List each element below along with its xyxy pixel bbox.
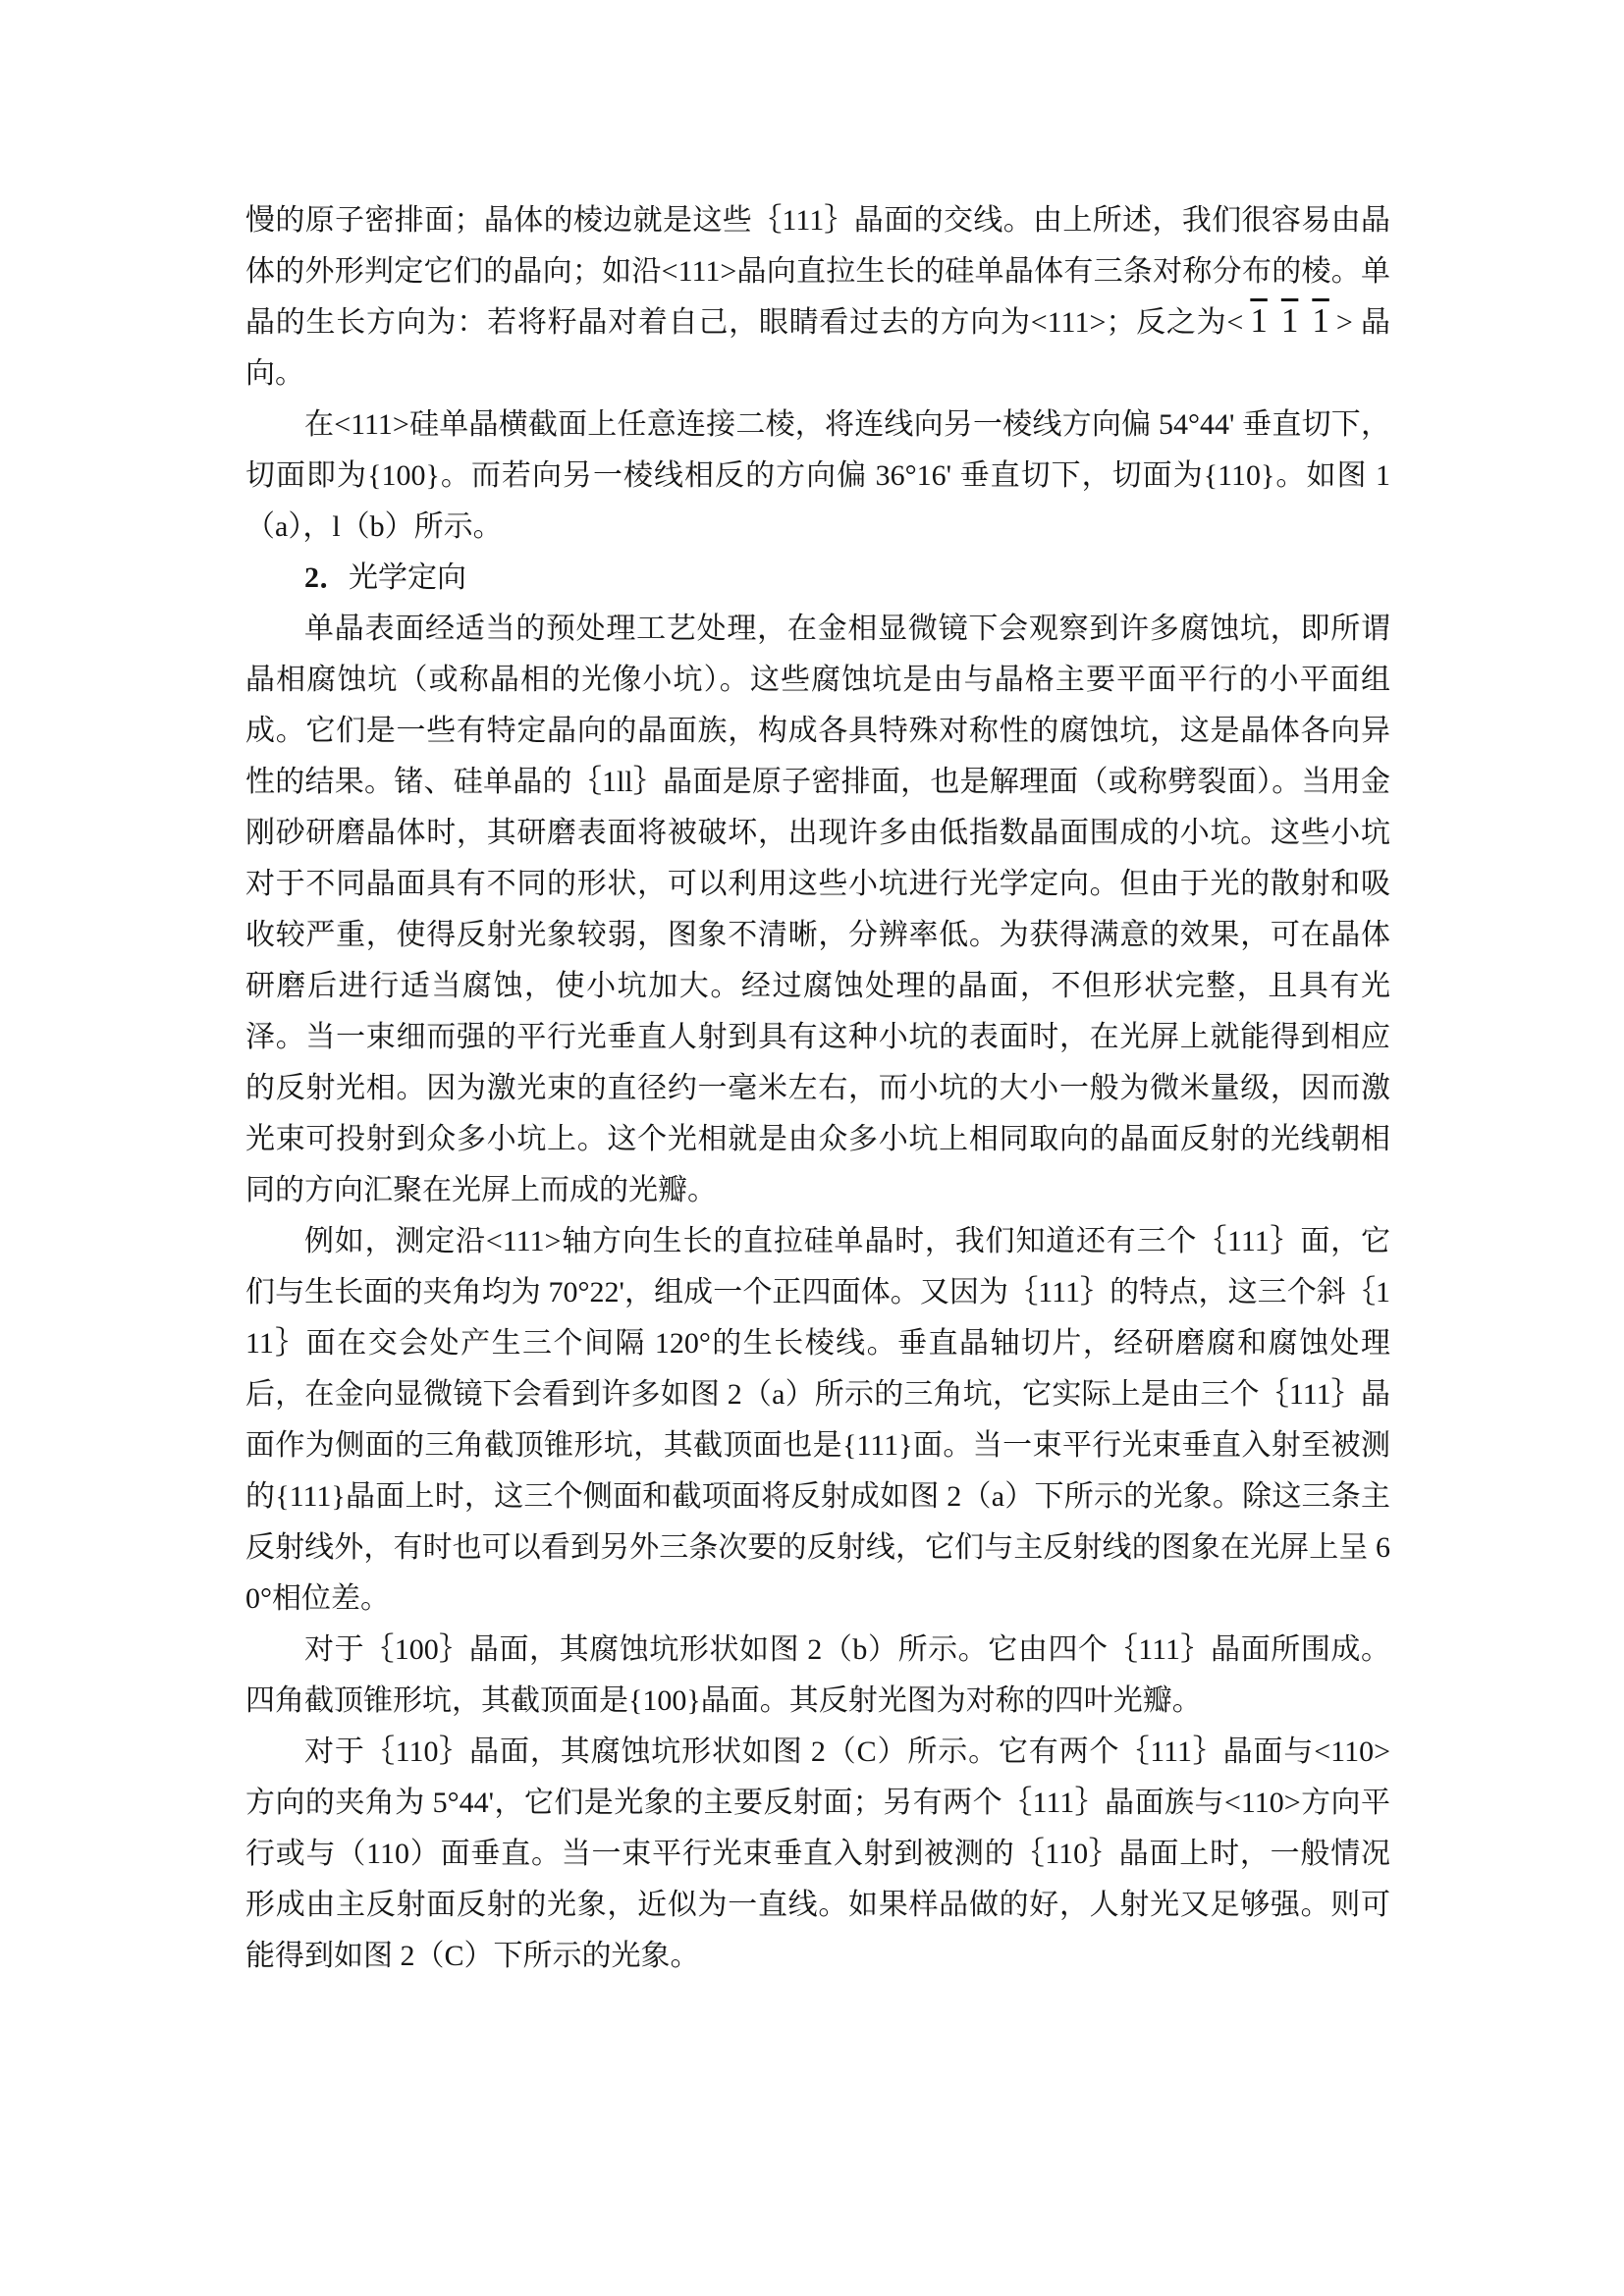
- section-number: 2．: [304, 561, 349, 594]
- paragraph-cutting-planes: 在<111>硅单晶横截面上任意连接二棱，将连线向另一棱线方向偏 54°44' 垂…: [245, 400, 1390, 553]
- paragraph-etch-pits: 单晶表面经适当的预处理工艺处理，在金相显微镜下会观察到许多腐蚀坑，即所谓晶相腐蚀…: [245, 604, 1390, 1216]
- miller-index-bar-3: 1: [1312, 303, 1329, 338]
- paragraph-100-plane: 对于｛100｝晶面，其腐蚀坑形状如图 2（b）所示。它由四个｛111｝晶面所围成…: [245, 1625, 1390, 1727]
- section-title: 光学定向: [349, 561, 466, 594]
- document-body: 慢的原子密排面；晶体的棱边就是这些｛111｝晶面的交线。由上所述，我们很容易由晶…: [245, 195, 1390, 1982]
- paragraph-110-plane: 对于｛110｝晶面，其腐蚀坑形状如图 2（C）所示。它有两个｛111｝晶面与<1…: [245, 1727, 1390, 1982]
- section-heading-optical-orientation: 2．光学定向: [245, 553, 1390, 604]
- paragraph-111-plane-example: 例如，测定沿<111>轴方向生长的直拉硅单晶时，我们知道还有三个｛111｝面，它…: [245, 1216, 1390, 1625]
- miller-index-bar-1: 1: [1250, 303, 1268, 338]
- document-page: 慢的原子密排面；晶体的棱边就是这些｛111｝晶面的交线。由上所述，我们很容易由晶…: [0, 0, 1624, 2296]
- paragraph-growth-direction-text: 慢的原子密排面；晶体的棱边就是这些｛111｝晶面的交线。由上所述，我们很容易由晶…: [245, 204, 1390, 339]
- paragraph-growth-direction: 慢的原子密排面；晶体的棱边就是这些｛111｝晶面的交线。由上所述，我们很容易由晶…: [245, 195, 1390, 400]
- miller-index-bar-2: 1: [1281, 303, 1299, 338]
